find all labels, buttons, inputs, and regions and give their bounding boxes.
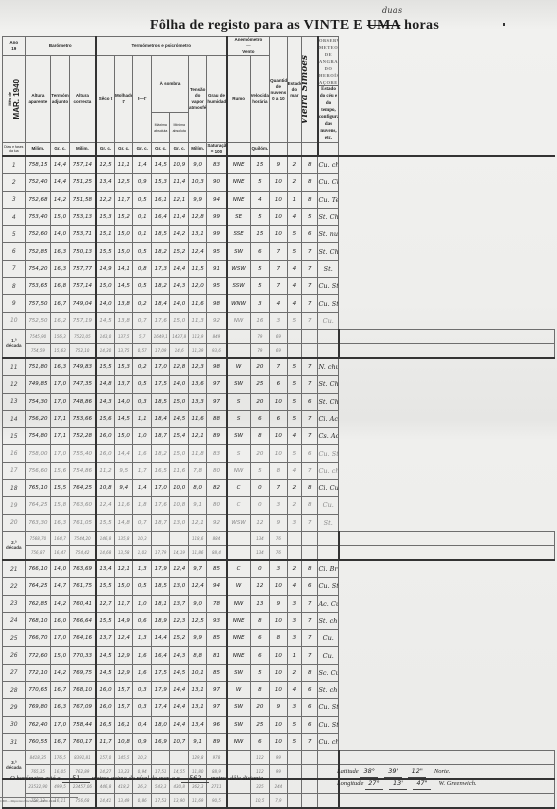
observation-cell: Cs. Acu. Cu. Halo lunar, Lua cheia	[318, 428, 339, 445]
table-row: 9757,5016,7749,0414,013,80,218,414,011,6…	[3, 295, 555, 312]
cell-rumo: SW	[227, 716, 251, 733]
cell-term: 16,8	[51, 278, 69, 295]
unit-max: Gr. c.	[151, 143, 169, 157]
cell-nuv: 7	[270, 260, 287, 277]
cell-nuv: 10	[270, 647, 287, 664]
cell-min: 11,6	[170, 462, 188, 479]
barometer-note-text-2: metros acima do nível do mar, e a	[92, 775, 180, 782]
cell-dif: 0,5	[133, 278, 151, 295]
summary-value: 0,57	[133, 343, 151, 358]
cell-hum: 97	[207, 376, 227, 393]
cell-tensao: 11,6	[188, 410, 206, 427]
cell-alt_cor: 758,44	[69, 716, 96, 733]
cell-x: 8	[302, 480, 318, 497]
cell-alt_ap: 753,40	[25, 208, 51, 225]
cell-mar: 3	[287, 514, 301, 531]
summary-value: 1649,1	[151, 329, 169, 343]
summary-value: 7521,05	[69, 329, 96, 343]
cell-alt_ap: 752,50	[25, 312, 51, 329]
summary-nuv: 69	[270, 329, 287, 343]
cell-alt_cor: 763,60	[69, 497, 96, 514]
cell-mar: 5	[287, 376, 301, 393]
cell-x: 6	[302, 716, 318, 733]
cell-x: 8	[302, 174, 318, 191]
summary-obs-empty	[339, 531, 555, 545]
cell-hum: 94	[207, 578, 227, 595]
cell-hum: 85	[207, 664, 227, 681]
cell-molh: 14,1	[115, 260, 133, 277]
summary-value: 754,42	[69, 545, 96, 560]
cell-max: 16,1	[151, 191, 169, 208]
summary-vel: 79	[250, 329, 270, 343]
cell-mar: 2	[287, 560, 301, 578]
day-cell: 9	[3, 295, 26, 312]
summary-row: 1.ª década7545,90156,37521,05143,0137,55…	[3, 329, 555, 343]
shade-group-header: À sombra	[151, 56, 188, 113]
cell-term: 15,5	[51, 480, 69, 497]
cell-vel: 12	[250, 514, 270, 531]
cell-tensao: 12,8	[188, 208, 206, 225]
cell-mar: 2	[287, 497, 301, 514]
cell-seco: 12,7	[96, 595, 114, 612]
observation-cell: Cu. St. chuva fraca intermitente	[318, 578, 339, 595]
cell-hum: 95	[207, 278, 227, 295]
cell-term: 16,7	[51, 733, 69, 750]
summary-obs-empty	[339, 794, 555, 809]
cell-nuv: 6	[270, 410, 287, 427]
cell-mar: 4	[287, 208, 301, 225]
summary-value: 16,47	[51, 545, 69, 560]
cell-max: 16,4	[151, 647, 169, 664]
cell-dif: 1,4	[133, 156, 151, 174]
summary-value: 8418,35	[25, 751, 51, 765]
cell-vel: 0	[250, 480, 270, 497]
table-row: 15754,8017,1752,2816,015,01,018,715,412,…	[3, 428, 555, 445]
cell-alt_ap: 752,68	[25, 191, 51, 208]
summary-empty	[302, 794, 318, 809]
cell-vel: 16	[250, 312, 270, 329]
cell-min: 14,4	[170, 682, 188, 699]
cell-nuv: 10	[270, 682, 287, 699]
observation-cell: St. Chuva leve intermitente	[318, 393, 339, 410]
cell-term: 17,1	[51, 410, 69, 427]
cell-seco: 13,4	[96, 560, 114, 578]
cell-dif: 0,2	[133, 295, 151, 312]
cell-alt_ap: 752,40	[25, 174, 51, 191]
cell-rumo: S	[227, 445, 251, 462]
summary-empty	[318, 545, 339, 560]
cell-vel: 4	[250, 191, 270, 208]
summary-empty	[318, 779, 339, 794]
cell-vel: 8	[250, 612, 270, 629]
observatory-stamp: OBSERVATÓRIO METEOROLÓGICODE ANGRA DO HE…	[319, 37, 338, 86]
cell-nuv: 3	[270, 312, 287, 329]
day-cell: 26	[3, 647, 26, 664]
col-seco: Sêco t	[96, 56, 114, 143]
cell-dif: 1,6	[133, 664, 151, 681]
cell-hum: 97	[207, 682, 227, 699]
summary-value: 11,69	[188, 794, 206, 809]
cell-hum: 82	[207, 480, 227, 497]
cell-alt_cor: 757,77	[69, 260, 96, 277]
cell-max: 18,2	[151, 243, 169, 260]
unit-seco: Gr. c.	[96, 143, 114, 157]
cell-term: 15,8	[51, 497, 69, 514]
cell-seco: 15,5	[96, 514, 114, 531]
observation-cell: St.	[318, 260, 339, 277]
cell-dif: 0,7	[133, 312, 151, 329]
day-cell: 31	[3, 733, 26, 750]
cell-hum: 98	[207, 358, 227, 376]
cell-dif: 0,3	[133, 699, 151, 716]
day-cell: 23	[3, 595, 26, 612]
cell-nuv: 8	[270, 462, 287, 479]
day-cell: 29	[3, 699, 26, 716]
title-suffix: horas	[404, 18, 439, 33]
summary-vel: 112	[250, 751, 270, 765]
cell-term: 16,7	[51, 295, 69, 312]
cell-mar: 5	[287, 445, 301, 462]
cell-min: 15,0	[170, 312, 188, 329]
cell-x: 7	[302, 630, 318, 647]
cell-mar: 2	[287, 156, 301, 174]
observation-cell: Ci. Ac. Cu.	[318, 410, 339, 427]
cell-rumo: NNE	[227, 191, 251, 208]
register-sheet: Fôlha de registo para as VINTE E UMA hor…	[0, 0, 557, 809]
cell-max: 18,0	[151, 716, 169, 733]
summary-row: 754,5915,63752,1014,3013,750,5717,0914,6…	[3, 343, 555, 358]
cell-seco: 16,5	[96, 716, 114, 733]
col-termometro-adjunto: Termómetro adjunto	[51, 56, 69, 143]
cell-tensao: 11,5	[188, 260, 206, 277]
cell-mar: 3	[287, 699, 301, 716]
cell-hum: 95	[207, 243, 227, 260]
cell-x: 7	[302, 428, 318, 445]
cell-min: 14,3	[170, 278, 188, 295]
cell-tensao: 9,9	[188, 191, 206, 208]
cell-mar: 4	[287, 428, 301, 445]
cell-rumo: NW	[227, 462, 251, 479]
day-cell: 15	[3, 428, 26, 445]
printer-imprint: 1000—Imprensa Nacional—1939-1940	[0, 797, 78, 803]
cell-max: 18,7	[151, 514, 169, 531]
cell-nuv: 10	[270, 428, 287, 445]
cell-alt_ap: 754,80	[25, 428, 51, 445]
cell-x: 7	[302, 312, 318, 329]
cell-alt_ap: 754,30	[25, 393, 51, 410]
cell-max: 17,9	[151, 560, 169, 578]
cell-x: 6	[302, 226, 318, 243]
table-row: 31760,5516,7760,1711,710,80,916,910,79,1…	[3, 733, 555, 750]
summary-value: 0,86	[133, 794, 151, 809]
cell-mar: 2	[287, 664, 301, 681]
cell-vel: 20	[250, 393, 270, 410]
cell-x: 7	[302, 647, 318, 664]
day-cell: 19	[3, 497, 26, 514]
cell-dif: 0,1	[133, 226, 151, 243]
cell-alt_cor: 760,17	[69, 733, 96, 750]
unit-alt-ap: Milim.	[25, 143, 51, 157]
month-header: Mês de MAR. 1940	[3, 56, 26, 143]
cell-max: 18,4	[151, 295, 169, 312]
summary-value: 143,0	[96, 329, 114, 343]
cell-dif: 0,5	[133, 191, 151, 208]
cell-alt_ap: 764,25	[25, 497, 51, 514]
cell-hum: 78	[207, 595, 227, 612]
cell-mar: 4	[287, 682, 301, 699]
cell-vel: 13	[250, 595, 270, 612]
summary-empty	[302, 329, 318, 343]
observation-cell: Sc. Cu.	[318, 664, 339, 681]
summary-empty	[287, 329, 301, 343]
cell-nuv: 10	[270, 226, 287, 243]
observation-cell: Cu. chuviscos leves de chuva	[318, 156, 339, 174]
cell-hum: 92	[207, 312, 227, 329]
summary-label: 2.ª década	[3, 531, 26, 560]
cell-max: 17,9	[151, 682, 169, 699]
cell-alt_ap: 752,60	[25, 226, 51, 243]
table-row: 23762,8514,2760,4112,711,71,018,113,79,0…	[3, 595, 555, 612]
cell-tensao: 13,1	[188, 699, 206, 716]
cell-hum: 89	[207, 428, 227, 445]
day-cell: 10	[3, 312, 26, 329]
cell-mar: 5	[287, 733, 301, 750]
summary-value: 884	[207, 531, 227, 545]
table-row: 18765,1015,5764,2510,89,41,417,010,08,08…	[3, 480, 555, 497]
day-cell: 14	[3, 410, 26, 427]
cell-min: 14,4	[170, 260, 188, 277]
cell-nuv: 8	[270, 630, 287, 647]
summary-empty	[227, 751, 251, 765]
cell-min: 10,0	[170, 480, 188, 497]
cell-alt_ap: 768,10	[25, 612, 51, 629]
cell-term: 17,0	[51, 716, 69, 733]
summary-row: 3.ª década8418,35176,58391,81157,0145,51…	[3, 751, 555, 765]
cell-hum: 80	[207, 462, 227, 479]
cell-x: 6	[302, 578, 318, 595]
cell-molh: 16,1	[115, 716, 133, 733]
cell-alt_cor: 764,25	[69, 480, 96, 497]
cell-dif: 0,3	[133, 393, 151, 410]
col-max: Máxima absoluta	[151, 113, 169, 143]
barometer-note-text-1: O barómetro está a	[10, 775, 61, 782]
table-row: 17756,6015,6754,8611,29,51,716,511,67,88…	[3, 462, 555, 479]
cell-dif: 1,0	[133, 428, 151, 445]
latitude-min: 39'	[384, 766, 402, 778]
summary-value: 756,87	[25, 545, 51, 560]
observation-cell: Cu. Chuviscos fracos de chuva depois de …	[318, 174, 339, 191]
cell-alt_ap: 752,85	[25, 243, 51, 260]
summary-value	[170, 751, 188, 765]
cell-dif: 0,1	[133, 208, 151, 225]
cell-molh: 11,7	[115, 595, 133, 612]
summary-empty	[227, 343, 251, 358]
cell-vel: 5	[250, 664, 270, 681]
table-row: 14756,2017,1753,6615,614,51,118,414,511,…	[3, 410, 555, 427]
col-rumo: Rumo	[227, 56, 251, 143]
register-table: Ano19 Barómetro Termómetros e psicrómetr…	[2, 36, 555, 809]
summary-vel-2: 134	[250, 545, 270, 560]
cell-rumo: SW	[227, 376, 251, 393]
cell-alt_ap: 764,25	[25, 578, 51, 595]
summary-value: 14,6	[170, 343, 188, 358]
cell-term: 16,3	[51, 514, 69, 531]
cell-seco: 15,5	[96, 243, 114, 260]
summary-value	[151, 751, 169, 765]
cell-alt_ap: 762,40	[25, 716, 51, 733]
cell-min: 12,8	[170, 358, 188, 376]
summary-value: 10,3	[133, 751, 151, 765]
summary-empty	[302, 779, 318, 794]
cell-max: 18,7	[151, 428, 169, 445]
cell-nuv: 10	[270, 612, 287, 629]
observation-cell: Cu. St. Chuva leve que estorva Lua cresc…	[318, 295, 339, 312]
summary-empty	[287, 343, 301, 358]
table-row: 26772,6015,0770,3314,512,91,616,414,38,8…	[3, 647, 555, 664]
unit-mar	[287, 143, 301, 157]
cell-rumo: SW	[227, 664, 251, 681]
cell-x: 7	[302, 514, 318, 531]
cell-min: 14,5	[170, 410, 188, 427]
cell-nuv: 10	[270, 578, 287, 595]
day-cell: 5	[3, 226, 26, 243]
summary-nuv-2: 69	[270, 343, 287, 358]
cell-hum: 99	[207, 226, 227, 243]
cell-mar: 2	[287, 480, 301, 497]
cell-tensao: 12,3	[188, 358, 206, 376]
barometer-height-value: 51	[62, 774, 90, 783]
cell-seco: 15,1	[96, 226, 114, 243]
cell-molh: 15,0	[115, 243, 133, 260]
summary-label: 1.ª década	[3, 329, 26, 358]
cell-seco: 14,0	[96, 295, 114, 312]
summary-value: 15,63	[51, 343, 69, 358]
cell-max: 16,4	[151, 208, 169, 225]
cell-tensao: 8,8	[188, 647, 206, 664]
cell-term: 14,4	[51, 174, 69, 191]
cell-alt_cor: 755,40	[69, 445, 96, 462]
summary-nuv-2: 76	[270, 545, 287, 560]
summary-nuv: 76	[270, 531, 287, 545]
cell-max: 16,5	[151, 462, 169, 479]
cell-alt_ap: 766,70	[25, 630, 51, 647]
summary-empty	[227, 794, 251, 809]
cell-nuv: 9	[270, 595, 287, 612]
summary-empty	[302, 765, 318, 780]
summary-value: 11,39	[188, 343, 206, 358]
cell-seco: 15,3	[96, 208, 114, 225]
summary-vel: 134	[250, 531, 270, 545]
day-cell: 20	[3, 514, 26, 531]
cell-nuv: 3	[270, 497, 287, 514]
cell-term: 15,6	[51, 462, 69, 479]
cell-rumo: NNE	[227, 156, 251, 174]
cell-min: 14,0	[170, 295, 188, 312]
cell-max: 18,4	[151, 410, 169, 427]
summary-value: 13,58	[115, 545, 133, 560]
col-alt-aparente: Altura aparente	[25, 56, 51, 143]
observation-cell: Ci. Cu. Halo lunar	[318, 480, 339, 497]
cell-seco: 16,0	[96, 445, 114, 462]
unit-sig	[302, 143, 318, 157]
cell-tensao: 13,1	[188, 226, 206, 243]
summary-vel-2: 79	[250, 343, 270, 358]
cell-seco: 12,4	[96, 497, 114, 514]
cell-seco: 15,5	[96, 578, 114, 595]
cell-hum: 90	[207, 174, 227, 191]
table-row: 25766,7017,0764,1613,712,41,314,415,29,9…	[3, 630, 555, 647]
cell-dif: 1,4	[133, 480, 151, 497]
cell-max: 16,9	[151, 733, 169, 750]
cell-alt_ap: 762,85	[25, 595, 51, 612]
summary-empty	[302, 751, 318, 765]
cell-x: 7	[302, 612, 318, 629]
cell-min: 14,0	[170, 376, 188, 393]
cell-alt_cor: 767,09	[69, 699, 96, 716]
cell-tensao: 12,5	[188, 612, 206, 629]
unit-hum: Saturação = 100	[207, 143, 227, 157]
cell-x: 8	[302, 560, 318, 578]
cell-vel: 5	[250, 462, 270, 479]
observation-cell: St. Chuva moderada contínua até às 16 ho…	[318, 208, 339, 225]
latitude-deg: 38°	[360, 766, 378, 778]
cell-max: 18,1	[151, 595, 169, 612]
cell-alt_ap: 769,80	[25, 699, 51, 716]
cell-min: 15,0	[170, 393, 188, 410]
cell-x: 7	[302, 243, 318, 260]
summary-empty	[287, 794, 301, 809]
cell-max: 18,2	[151, 278, 169, 295]
observation-cell: Cu.	[318, 630, 339, 647]
observation-cell: Cu. St. chuva fraca intermitente	[318, 445, 339, 462]
cell-min: 14,4	[170, 699, 188, 716]
cell-nuv: 3	[270, 560, 287, 578]
cell-mar: 5	[287, 393, 301, 410]
summary-value: 11,86	[188, 545, 206, 560]
cell-mar: 4	[287, 462, 301, 479]
cell-tensao: 12,1	[188, 514, 206, 531]
cell-vel: 6	[250, 410, 270, 427]
barometer-distance-value: 562	[181, 774, 209, 783]
cell-tensao: 9,0	[188, 595, 206, 612]
table-row: 1758,1514,4757,1412,511,11,414,510,99,08…	[3, 156, 555, 174]
observation-cell: Cu.	[318, 497, 339, 514]
cell-alt_ap: 763,30	[25, 514, 51, 531]
cell-vel: 0	[250, 560, 270, 578]
cell-alt_cor: 753,71	[69, 226, 96, 243]
cell-seco: 14,9	[96, 260, 114, 277]
cell-max: 15,3	[151, 174, 169, 191]
summary-value: 176,5	[51, 751, 69, 765]
summary-empty	[287, 779, 301, 794]
cell-term: 17,1	[51, 428, 69, 445]
cell-hum: 98	[207, 295, 227, 312]
cell-max: 18,2	[151, 445, 169, 462]
observer-signature-cell: Vieira Simões	[302, 37, 318, 143]
cell-vel: 12	[250, 578, 270, 595]
cell-mar: 4	[287, 278, 301, 295]
cell-rumo: NNE	[227, 174, 251, 191]
summary-value: 13,49	[115, 794, 133, 809]
cell-dif: 0,6	[133, 612, 151, 629]
cell-max: 18,9	[151, 612, 169, 629]
summary-value: 752,10	[69, 343, 96, 358]
day-cell: 25	[3, 630, 26, 647]
observer-signature: Vieira Simões	[302, 55, 308, 124]
cell-rumo: S	[227, 410, 251, 427]
cell-mar: 1	[287, 647, 301, 664]
summary-value: 17,09	[151, 343, 169, 358]
